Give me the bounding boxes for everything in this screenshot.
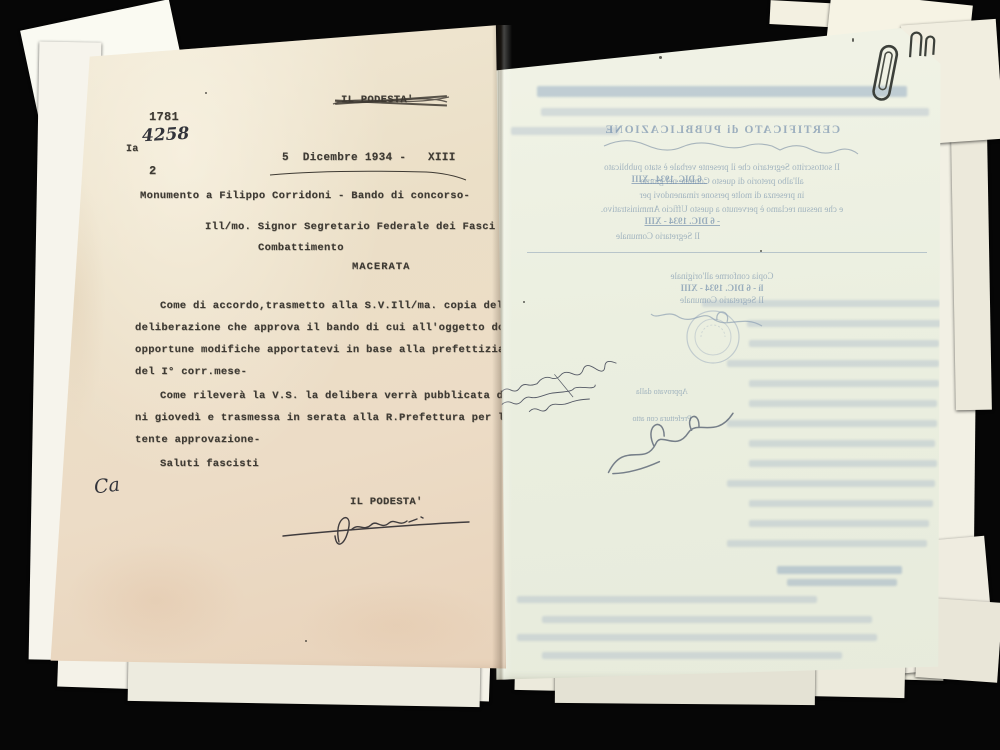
paper-stain [296, 580, 496, 670]
salutation: Saluti fascisti [160, 458, 259, 470]
showthrough-line [747, 320, 942, 327]
body-line: deliberazione che approva il bando di cu… [135, 322, 538, 334]
secretary-title: Il Segretario Comunale [616, 231, 700, 241]
margin-number: 2 [149, 164, 157, 178]
showthrough-line [749, 460, 937, 467]
dust-speck [760, 250, 762, 252]
showthrough-line [749, 500, 933, 507]
subject-line: Monumento a Filippo Corridoni - Bando di… [140, 190, 470, 202]
showthrough-line [777, 566, 902, 574]
round-stamp [685, 309, 741, 365]
rule-line [527, 252, 927, 253]
recipient-line: Ill/mo. Signor Segretario Federale dei F… [205, 221, 515, 233]
strike-scribble [331, 92, 451, 110]
showthrough-line [749, 400, 937, 407]
podesta-signature [281, 506, 471, 554]
showthrough-line [542, 652, 842, 659]
paper-stain [66, 540, 246, 660]
date-line: 5 Dicembre 1934 - [282, 152, 406, 164]
archive-photo: CERTIFICATO di PUBBLICAZIONE Il sottoscr… [0, 0, 1000, 750]
showthrough-line [702, 300, 940, 307]
copy-note: Copia conforme all'originale [487, 271, 957, 281]
dust-speck [305, 640, 307, 642]
showthrough-line [749, 520, 929, 527]
date-stamp: - 6 DIC. 1934 - XIII [644, 216, 720, 226]
dust-speck [523, 301, 525, 303]
showthrough-line [727, 360, 939, 367]
handwritten-line-scribble [582, 144, 862, 160]
recipient-line: Combattimento [258, 242, 344, 254]
right-page: CERTIFICATO di PUBBLICAZIONE Il sottoscr… [487, 28, 957, 683]
copy-date-stamp: lì - 6 DIC. 1934 - XIII [487, 283, 957, 293]
margin-note: Ia [126, 144, 139, 155]
showthrough-line: all'albo pretorio di questo Comune nel g… [487, 176, 957, 186]
showthrough-line [749, 440, 935, 447]
crossed-out-header: IL PODESTA' [341, 94, 441, 109]
showthrough-line [727, 480, 935, 487]
dust-speck [205, 92, 207, 94]
showthrough-line [749, 340, 939, 347]
certificate-title: CERTIFICATO di PUBBLICAZIONE [487, 124, 957, 136]
body-line: Come rileverà la V.S. la delibera verrà … [160, 390, 530, 402]
page-gutter-shadow [492, 25, 512, 680]
showthrough-line: e che nessun reclamo è pervenuto a quest… [487, 204, 957, 214]
date-stamp: - 6 DIC. 1934 - XIII [631, 174, 707, 184]
showthrough-line [727, 420, 937, 427]
showthrough-line [542, 616, 872, 623]
date-underline [268, 168, 468, 182]
showthrough-line [537, 86, 907, 97]
showthrough-line [541, 108, 929, 116]
showthrough-line [517, 596, 817, 603]
dust-speck [852, 38, 854, 42]
showthrough-line [517, 634, 877, 641]
body-line: Come di accordo,trasmetto alla S.V.Ill/m… [160, 300, 516, 312]
era-year: XIII [428, 152, 456, 164]
body-line: tente approvazione- [135, 434, 260, 446]
body-line: del I° corr.mese- [135, 366, 247, 378]
showthrough-line [787, 579, 897, 586]
dust-speck [659, 56, 662, 59]
showthrough-line [749, 380, 939, 387]
ref-number: 1781 [149, 110, 179, 124]
showthrough-line: Il sottoscritto Segretario che il presen… [487, 162, 957, 172]
left-page: IL PODESTA' 1781 4258 Ia 2 5 Dicembre 19… [46, 20, 506, 675]
paraph-mark: Ca [93, 474, 121, 499]
paperclip-icon [904, 25, 940, 63]
showthrough-line [727, 540, 927, 547]
showthrough-line: in presenza di molte persone rimanendovi… [487, 190, 957, 200]
recipient-city: MACERATA [352, 261, 410, 273]
handwritten-number: 4258 [142, 124, 190, 146]
